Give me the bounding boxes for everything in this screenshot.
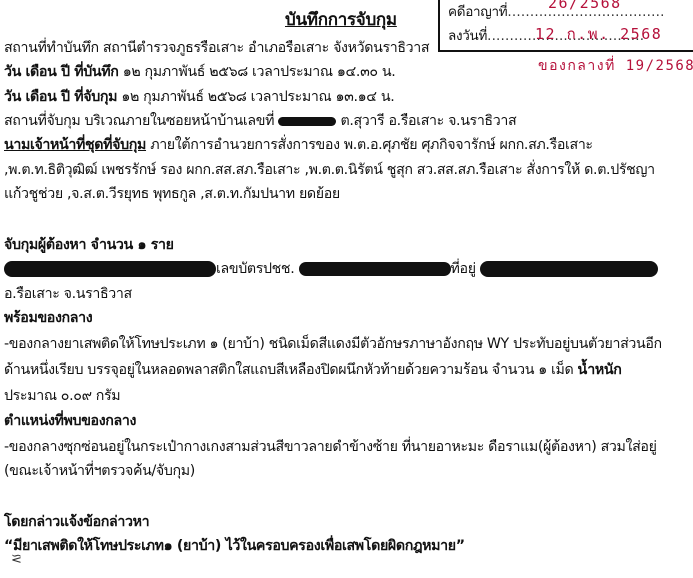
suspects-heading: จับกุมผู้ต้องหา จำนวน ๑ ราย (4, 235, 174, 255)
arrest-date-row: วัน เดือน ปี ที่จับกุม ๑๒ กุมภาพันธ์ ๒๕๖… (4, 87, 394, 107)
arrest-date-label: วัน เดือน ปี ที่จับกุม (4, 89, 117, 105)
record-date-label: วัน เดือน ปี ที่บันทึก (4, 64, 119, 80)
arrest-record-document: บันทึกการจับกุม คดีอาญาที่..............… (0, 0, 693, 578)
officers-row-3: แก้วชูช่วย ,จ.ส.ต.วีรยุทธ พุทธกูล ,ส.ต.ท… (4, 184, 340, 204)
arrest-date-value: ๑๒ กุมภาพันธ์ ๒๕๖๘ เวลาประมาณ ๑๓.๑๔ น. (121, 89, 394, 105)
handwritten-evidence-number: ของกลางที่ 19/2568 (538, 55, 693, 77)
evidence-line-1: -ของกลางยาเสพติดให้โทษประเภท ๑ (ยาบ้า) ช… (4, 334, 662, 354)
arrest-place-prefix: สถานที่จับกุม บริเวณภายในซอยหน้าบ้านเลขท… (4, 113, 274, 129)
arrest-place-suffix: ต.สุวารี อ.รือเสาะ จ.นราธิวาส (340, 113, 516, 129)
record-date-value: ๑๒ กุมภาพันธ์ ๒๕๖๘ เวลาประมาณ ๑๔.๓๐ น. (123, 64, 396, 80)
location-heading: ตำแหน่งที่พบของกลาง (4, 411, 136, 431)
address-label: ที่อยู่ (451, 261, 476, 277)
location-line-2: (ขณะเจ้าหน้าที่ฯตรวจค้น/จับกุม) (4, 461, 195, 481)
redacted-suspect-name (4, 261, 216, 277)
record-place: สถานที่ทำบันทึก สถานีตำรวจภูธรรือเสาะ อำ… (4, 38, 429, 58)
document-title: บันทึกการจับกุม (285, 6, 397, 33)
evidence-heading: พร้อมของกลาง (4, 308, 92, 328)
evidence-line-3: ประมาณ ๐.๐๙ กรัม (4, 386, 120, 406)
charge-text: “มียาเสพติดให้โทษประเภท๑ (ยาบ้า) ไว้ในคร… (4, 536, 465, 556)
officers-text-1: ภายใต้การอำนวยการสั่งการของ พ.ต.อ.ศุภชัย… (146, 137, 593, 153)
officers-heading: นามเจ้าหน้าที่ชุดที่จับกุม (4, 137, 146, 153)
case-number-label: คดีอาญาที่ (448, 4, 507, 20)
handwritten-case-date: 12 ก.พ. 2568 (535, 22, 662, 46)
officers-row-2: ,พ.ต.ท.ธิติวุฒิฒ์ เพชรรักษ์ รอง ผกก.สส.ส… (4, 160, 655, 180)
redacted-address (480, 261, 658, 277)
officers-row-1: นามเจ้าหน้าที่ชุดที่จับกุม ภายใต้การอำนว… (4, 135, 593, 155)
evidence-weight-label: น้ำหนัก (578, 362, 622, 378)
charge-heading: โดยกล่าวแจ้งข้อกล่าวหา (4, 512, 149, 532)
suspect-info-row: เลขบัตรปชช. ที่อยู่ (4, 259, 658, 279)
id-card-label: เลขบัตรปชช. (216, 261, 294, 277)
case-date-label: ลงวันที่ (448, 28, 487, 44)
address-line-2: อ.รือเสาะ จ.นราธิวาส (4, 284, 132, 304)
margin-mark: ⪝ (11, 552, 22, 567)
record-date-row: วัน เดือน ปี ที่บันทึก ๑๒ กุมภาพันธ์ ๒๕๖… (4, 62, 395, 82)
arrest-place-row: สถานที่จับกุม บริเวณภายในซอยหน้าบ้านเลขท… (4, 111, 516, 131)
redacted-id-number (299, 262, 451, 276)
evidence-line-2-text: ด้านหนึ่งเรียบ บรรจุอยู่ในหลอดพลาสติกใสแ… (4, 362, 578, 378)
evidence-line-2: ด้านหนึ่งเรียบ บรรจุอยู่ในหลอดพลาสติกใสแ… (4, 360, 621, 380)
location-line-1: -ของกลางซุกซ่อนอยู่ในกระเป๋ากางเกงสามส่ว… (4, 437, 657, 457)
redacted-house-number (278, 117, 336, 126)
handwritten-case-number: 26/2568 (548, 0, 622, 12)
